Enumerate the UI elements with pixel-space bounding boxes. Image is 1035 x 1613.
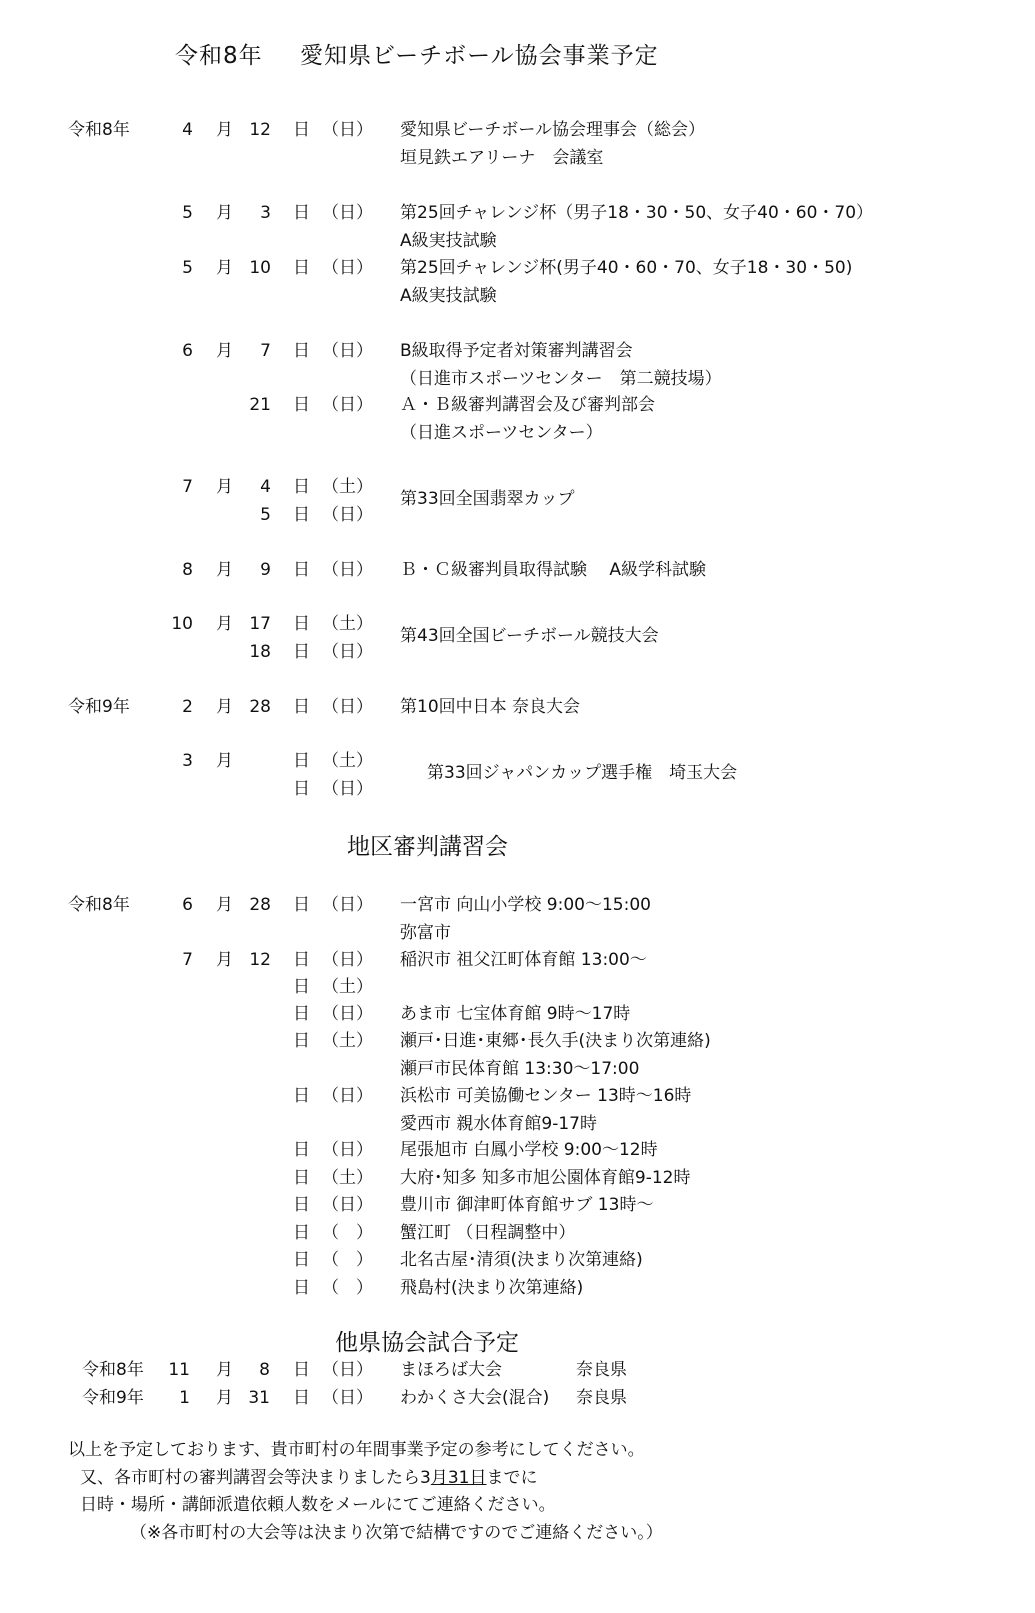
deadline-date: 月31日 — [431, 1468, 487, 1488]
weekday: （日） — [322, 699, 373, 716]
event-text: （日進スポーツセンター） — [400, 425, 603, 442]
day-label: 日 — [293, 343, 310, 360]
day-number: 12 — [231, 122, 271, 139]
event-text: 第25回チャレンジ杯（男子18・30・50、女子40・60・70） — [400, 205, 873, 222]
day-label: 日 — [293, 781, 310, 798]
day-number: 18 — [231, 644, 271, 661]
event-text: 第43回全国ビーチボール競技大会 — [400, 628, 659, 645]
event-text: 稲沢市 祖父江町体育館 13:00～ — [400, 952, 647, 969]
weekday: （土） — [322, 479, 373, 496]
month-number: 4 — [153, 122, 193, 139]
day-label: 日 — [293, 1142, 310, 1159]
weekday: （日） — [322, 1197, 373, 1214]
event-text: 尾張旭市 白鳳小学校 9:00～12時 — [400, 1142, 658, 1159]
event-text: 豊川市 御津町体育館サブ 13時～ — [400, 1197, 653, 1214]
day-number: 28 — [231, 699, 271, 716]
prefecture: 奈良県 — [576, 1390, 627, 1407]
day-number: 17 — [231, 616, 271, 633]
event-text: 瀬戸･日進･東郷･長久手(決まり次第連絡) — [400, 1033, 711, 1050]
event-text: 飛島村(決まり次第連絡) — [400, 1280, 583, 1297]
day-number: 5 — [231, 507, 271, 524]
weekday: （日） — [322, 260, 373, 277]
day-label: 日 — [293, 1225, 310, 1242]
month-number: 7 — [153, 952, 193, 969]
month-number: 11 — [150, 1362, 190, 1379]
event-text: 第25回チャレンジ杯(男子40・60・70、女子18・30・50) — [400, 260, 852, 277]
month-number: 2 — [153, 699, 193, 716]
other-section-heading: 他県協会試合予定 — [335, 1332, 519, 1355]
day-label: 日 — [293, 1390, 310, 1407]
day-number: 21 — [231, 397, 271, 414]
day-label: 日 — [293, 644, 310, 661]
event-text: A級実技試験 — [400, 288, 497, 305]
day-number: 7 — [231, 343, 271, 360]
day-label: 日 — [293, 1170, 310, 1187]
day-label: 日 — [293, 205, 310, 222]
era-year: 令和9年 — [82, 1390, 144, 1407]
day-label: 日 — [293, 562, 310, 579]
day-label: 日 — [293, 507, 310, 524]
month-number: 3 — [153, 753, 193, 770]
weekday: （日） — [322, 507, 373, 524]
event-text: あま市 七宝体育館 9時～17時 — [400, 1006, 630, 1023]
day-number: 3 — [231, 205, 271, 222]
day-label: 日 — [293, 897, 310, 914]
day-number: 8 — [230, 1362, 270, 1379]
day-number: 10 — [231, 260, 271, 277]
weekday: （日） — [322, 205, 373, 222]
era-year: 令和9年 — [68, 699, 130, 716]
day-label: 日 — [293, 952, 310, 969]
weekday: （日） — [322, 1088, 373, 1105]
month-number: 5 — [153, 205, 193, 222]
weekday: （日） — [322, 1362, 373, 1379]
weekday: （日） — [322, 952, 373, 969]
day-label: 日 — [293, 1006, 310, 1023]
day-label: 日 — [293, 616, 310, 633]
event-text: 愛知県ビーチボール協会理事会（総会） — [400, 122, 705, 139]
day-number: 4 — [231, 479, 271, 496]
weekday: （日） — [322, 562, 373, 579]
weekday: （土） — [322, 1170, 373, 1187]
event-text: 瀬戸市民体育館 13:30～17:00 — [400, 1061, 639, 1078]
weekday: （日） — [322, 1006, 373, 1023]
event-text: わかくさ大会(混合) — [400, 1390, 549, 1407]
note-line-3: 日時・場所・講師派遣依頼人数をメールにてご連絡ください。 — [80, 1497, 556, 1514]
prefecture: 奈良県 — [576, 1362, 627, 1379]
day-label: 日 — [293, 699, 310, 716]
day-label: 日 — [293, 1197, 310, 1214]
district-section-heading: 地区審判講習会 — [347, 836, 508, 859]
note-line-1: 以上を予定しております、貴市町村の年間事業予定の参考にしてください。 — [68, 1442, 645, 1459]
event-text: 垣見鉄エアリーナ 会議室 — [400, 150, 603, 167]
month-number: 6 — [153, 897, 193, 914]
day-label: 日 — [293, 1252, 310, 1269]
weekday: （ ） — [322, 1252, 373, 1269]
month-number: 5 — [153, 260, 193, 277]
era-year: 令和8年 — [68, 122, 130, 139]
event-text: Ｂ・Ｃ級審判員取得試験 A級学科試験 — [400, 562, 706, 579]
weekday: （日） — [322, 781, 373, 798]
day-number: 28 — [231, 897, 271, 914]
day-label: 日 — [293, 753, 310, 770]
event-text: 蟹江町 （日程調整中） — [400, 1225, 575, 1242]
day-label: 日 — [293, 260, 310, 277]
era-year: 令和8年 — [82, 1362, 144, 1379]
event-text: 愛西市 親水体育館9-17時 — [400, 1116, 597, 1133]
title-era: 令和8年 — [175, 45, 263, 68]
day-label: 日 — [293, 1362, 310, 1379]
weekday: （土） — [322, 979, 373, 996]
weekday: （ ） — [322, 1280, 373, 1297]
day-number: 12 — [231, 952, 271, 969]
event-text: （日進市スポーツセンター 第二競技場） — [400, 371, 722, 388]
title-text: 愛知県ビーチボール協会事業予定 — [300, 45, 659, 68]
month-number: 7 — [153, 479, 193, 496]
month-label: 月 — [216, 753, 233, 770]
weekday: （土） — [322, 616, 373, 633]
day-label: 日 — [293, 979, 310, 996]
note-line-2-pre: 又、各市町村の審判講習会等決まりましたら3 — [80, 1468, 431, 1488]
day-label: 日 — [293, 479, 310, 496]
month-number: 10 — [153, 616, 193, 633]
weekday: （日） — [322, 897, 373, 914]
weekday: （日） — [322, 397, 373, 414]
month-number: 8 — [153, 562, 193, 579]
event-text: 大府･知多 知多市旭公園体育館9-12時 — [400, 1170, 691, 1187]
weekday: （日） — [322, 1142, 373, 1159]
event-text: まほろば大会 — [400, 1362, 502, 1379]
weekday: （ ） — [322, 1225, 373, 1242]
event-text: 第33回ジャパンカップ選手権 埼玉大会 — [427, 765, 737, 782]
note-line-2-post: までに — [486, 1468, 537, 1488]
day-label: 日 — [293, 397, 310, 414]
event-text: 浜松市 可美協働センター 13時～16時 — [400, 1088, 691, 1105]
weekday: （日） — [322, 122, 373, 139]
day-label: 日 — [293, 1088, 310, 1105]
event-text: 一宮市 向山小学校 9:00～15:00 — [400, 897, 651, 914]
day-label: 日 — [293, 1033, 310, 1050]
event-text: 北名古屋･清須(決まり次第連絡) — [400, 1252, 643, 1269]
weekday: （日） — [322, 343, 373, 360]
month-number: 1 — [150, 1390, 190, 1407]
day-label: 日 — [293, 1280, 310, 1297]
event-text: 弥富市 — [400, 925, 451, 942]
weekday: （土） — [322, 753, 373, 770]
event-text: 第10回中日本 奈良大会 — [400, 699, 580, 716]
month-number: 6 — [153, 343, 193, 360]
note-line-2: 又、各市町村の審判講習会等決まりましたら3月31日までに — [80, 1470, 537, 1487]
note-line-4: （※各市町村の大会等は決まり次第で結構ですのでご連絡ください。） — [130, 1525, 663, 1542]
day-number: 31 — [230, 1390, 270, 1407]
event-text: Ａ・Ｂ級審判講習会及び審判部会 — [400, 397, 655, 414]
event-text: 第33回全国翡翠カップ — [400, 491, 574, 508]
weekday: （日） — [322, 1390, 373, 1407]
era-year: 令和8年 — [68, 897, 130, 914]
weekday: （日） — [322, 644, 373, 661]
weekday: （土） — [322, 1033, 373, 1050]
day-number: 9 — [231, 562, 271, 579]
event-text: A級実技試験 — [400, 233, 497, 250]
event-text: B級取得予定者対策審判講習会 — [400, 343, 633, 360]
day-label: 日 — [293, 122, 310, 139]
